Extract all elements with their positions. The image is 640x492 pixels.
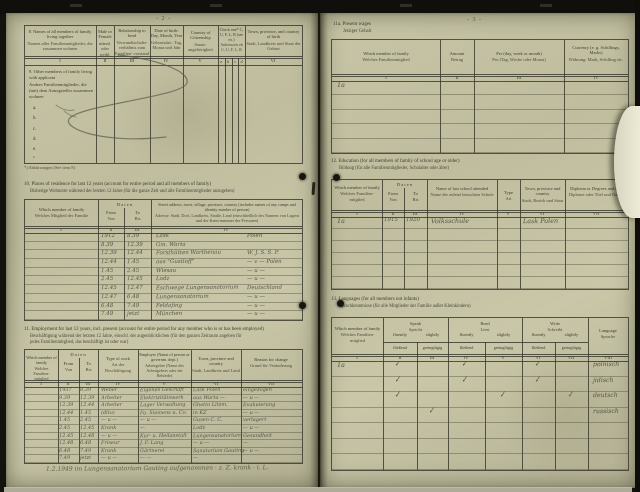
form-page-3: - 3 - 11a. Present wages Jetziger Gehalt… [320, 13, 637, 488]
column-header-work-type: Type of work Art der Beschäftigung [99, 356, 137, 373]
sub-row: f. [33, 147, 53, 157]
handwritten-date-from: 7.49 [59, 455, 70, 461]
residence-row: 12.44 1.45 aus "Gustloff" — v — Polen [25, 259, 302, 268]
page-gutter-shadow [310, 13, 328, 488]
employment-rows: 1937 8.39 Weber Eigenes Geschäft Lask Po… [25, 387, 302, 463]
roman-numeral: I [356, 211, 358, 216]
handwritten-date-from: 1915 [384, 217, 398, 223]
handwritten-date-to: jetzt [127, 311, 139, 317]
language-row: ✓ ✓ ✓ deutsch [332, 392, 628, 408]
handwritten-country: — u — [247, 294, 265, 300]
handwritten-date-to: 12.47 [127, 285, 143, 291]
handwritten-work-type: Krank [101, 425, 116, 431]
punch-hole [333, 174, 340, 181]
handwritten-country: — u — [247, 276, 265, 282]
roman-numeral: VII [593, 211, 599, 216]
column-header-employer: Employer (Name of person or governm. dep… [139, 352, 190, 378]
form-page-2: - 2 - 8. Names of all members of family … [6, 13, 318, 488]
language-rows: 1a ✓ ✓ ✓ polnisch ✓ ✓ ✓ jidisch [332, 361, 628, 470]
roman-numeral: I [59, 58, 61, 63]
stitch-mark [540, 4, 552, 7]
roman-numeral: II [109, 227, 112, 232]
education-table: Which member of family Welches Familien-… [331, 179, 629, 290]
read-fluently-label: fluently [448, 332, 485, 337]
residence-row: 6.48 7.49 Feldafing — u — [25, 303, 302, 312]
handwritten-reason: Gesundheit [243, 432, 272, 438]
handwritten-date-to: 2.45 [127, 268, 139, 274]
wage-row [332, 124, 628, 138]
handwritten-date-to: 8.39 [80, 387, 91, 393]
sub-row-letters: a. b. c. d. e. f. [33, 96, 53, 158]
handwritten-place: Forsthütten Warthenau [156, 250, 221, 257]
sub-row: a. [33, 96, 53, 106]
handwritten-date-from: 12.44 [59, 410, 73, 416]
handwritten-date-from: 7.49 [101, 311, 113, 317]
handwritten-place: Lungensanatorium [156, 294, 209, 301]
handwritten-language: russisch [593, 407, 619, 414]
handwritten-country: Deutschland [247, 285, 282, 291]
handwritten-place: München [156, 311, 182, 317]
handwritten-reason: — [243, 440, 248, 446]
read-fluent-de: fließend [448, 345, 485, 350]
handwritten-employer: J. F. Lang [140, 440, 163, 446]
language-row: ✓ ✓ ✓ jidisch [332, 377, 628, 393]
handwritten-place: Lodz [156, 276, 169, 282]
handwritten-date-from: 2.45 [101, 276, 113, 282]
section11-title-en: 11. Employment for last 12 years, incl. … [24, 327, 264, 332]
handwritten-employer: Eigenes Geschäft [140, 387, 184, 393]
residence-row: 12.45 12.47 Eschwege Lungensanatorium De… [25, 285, 302, 294]
section10-title-de: Bisherige Wohnorte während der letzten 1… [30, 189, 234, 194]
column-header-language: Language Sprache [590, 328, 626, 340]
handwritten-date-to: 1.45 [127, 259, 139, 265]
handwritten-country: W. J. S. S. P. [247, 250, 279, 256]
check-write-slightly: ✓ [566, 389, 575, 399]
column-header-check-one: Check one* C, U, F, L, R (see ex.) Ankre… [219, 28, 245, 53]
roman-numeral: V [198, 58, 201, 63]
column-header-to: To Bis [404, 191, 427, 203]
check-subcolumn-letter: c [234, 59, 236, 64]
education-row [332, 277, 628, 289]
roman-numeral: IV [460, 211, 465, 216]
handwritten-member: 1a [337, 361, 345, 369]
sub-row: b. [33, 106, 53, 116]
roman-numeral: II [391, 211, 394, 216]
handwritten-place: Lask [156, 233, 169, 239]
handwritten-employer: — u — [140, 417, 156, 423]
read-slightly-label: slightly [485, 332, 522, 337]
handwritten-date-from: 1937 [59, 387, 72, 393]
check-read-slightly: ✓ [498, 389, 507, 399]
residences-table: Which member of family Welches Mitglied … [24, 199, 303, 321]
handwritten-date-from: 1.45 [101, 268, 113, 274]
handwritten-reason: — u — [243, 395, 259, 401]
handwritten-town: Lask Polen [193, 387, 220, 393]
roman-numeral: II [66, 381, 69, 386]
roman-numeral: V [501, 355, 504, 360]
wage-rows: 1a [332, 81, 628, 153]
handwritten-language: deutsch [593, 392, 618, 399]
punch-hole [337, 300, 344, 307]
handwritten-town: Lask Polen [523, 217, 558, 225]
roman-numeral: III [130, 58, 135, 63]
sub-row: c. [33, 117, 53, 127]
handwritten-date-from: 12.39 [101, 250, 117, 256]
roman-numeral: III [430, 355, 435, 360]
column-header-town: Town, province and country Stadt, Landkr… [192, 356, 240, 373]
handwritten-work-type: — u — [101, 432, 117, 438]
language-row: ✓ russisch [332, 408, 628, 424]
column-header-address: Street address, town, village, province,… [155, 202, 299, 223]
handwritten-reason: eingezogen [243, 387, 272, 393]
group-header-write: Write Schreibt [522, 321, 588, 333]
employment-row: 1937 8.39 Weber Eigenes Geschäft Lask Po… [25, 387, 302, 395]
table9-footnote: *) Abkürzungen (See item 8) [24, 165, 75, 170]
wage-row [332, 139, 628, 153]
handwritten-place: Eschwege Lungensanatorium [156, 285, 239, 292]
handwritten-date-to: 6.48 [80, 440, 91, 446]
column-header-relationship: Relationship to head Verwandtschafts- ve… [115, 28, 150, 56]
stitch-mark [210, 4, 222, 7]
handwritten-work-type: Weber [101, 387, 117, 393]
check-subcolumn-letter: a [220, 59, 222, 64]
handwritten-date-from: 9.39 [59, 395, 70, 401]
employment-table: Which member of family Welches Familien-… [24, 349, 303, 464]
roman-numeral: IV [224, 227, 229, 232]
language-row [332, 454, 628, 470]
section11-title-de1: Beschäftigung während der letzten 12 Jah… [30, 334, 242, 339]
roman-numeral: VI [540, 211, 545, 216]
education-rows: 1a 1915 1920 Volksschule Lask Polen [332, 217, 628, 289]
wage-row [332, 110, 628, 124]
column-header-school: Name of last school attended Name der zu… [429, 186, 495, 198]
handwritten-country: Polen [247, 233, 262, 239]
employment-row: 7.49 jetzt — u — — — — [25, 455, 302, 463]
column-header-town: Town, province and country Stadt, Bezirk… [521, 186, 564, 203]
page-number: - 2 - [156, 16, 171, 22]
section12-title-de: Bildung (für alle Familienmitglieder, Sc… [339, 166, 449, 171]
handwritten-date-to: 12.44 [80, 402, 94, 408]
handwritten-place: Feldafing [156, 302, 182, 308]
handwritten-date-from: 12.44 [101, 259, 117, 265]
handwritten-town: — [193, 455, 198, 461]
education-row [332, 241, 628, 253]
roman-numeral: IV [116, 381, 121, 386]
roman-numeral: VI [271, 58, 276, 63]
handwritten-employer: Gärtnerei [140, 448, 165, 454]
handwritten-date-to: 7.49 [80, 448, 91, 454]
handwritten-school: Volksschule [431, 217, 469, 225]
section11a-title-en: 11a. Present wages [333, 22, 371, 27]
column-header-dates: D a t e n [98, 202, 151, 207]
employment-row: 12.48 6.48 Friseur J. F. Lang — u — — [25, 440, 302, 448]
handwritten-date-to: 12.45 [127, 276, 143, 282]
employment-row: 12.39 12.44 Arbeiter Lager Verwaltung Gh… [25, 402, 302, 410]
employment-row: 2.45 12.45 Krank — Lodz — u — [25, 425, 302, 433]
handwritten-work-type: Krank [101, 448, 116, 454]
speak-fluent-de: fließend [383, 345, 417, 350]
scan-edge [635, 0, 640, 492]
handwritten-date-to: 12.39 [127, 242, 143, 248]
handwritten-town: Gusen C. C. [193, 417, 223, 423]
handwritten-country: — u — [247, 311, 265, 317]
handwritten-town: Lodz [193, 425, 205, 431]
handwritten-date-from: 1.45 [59, 417, 70, 423]
handwritten-town: in KZ [193, 410, 207, 416]
stitch-mark [400, 4, 412, 7]
section12-title-en: 12. Education (for all members of family… [331, 159, 460, 164]
stitch-mark [70, 4, 82, 7]
handwritten-date-to: 6.48 [127, 294, 139, 300]
column-header-sex: Male or Female männl. oder weibl. [96, 29, 114, 57]
column-header-citizenship: Country of Citizenship Staats- angehörig… [184, 30, 218, 53]
check-subcolumn-letter: d [240, 59, 242, 64]
education-row [332, 253, 628, 265]
sub-row-letter: f. [33, 157, 36, 158]
roman-numeral: II [398, 355, 401, 360]
handwritten-date-to: 7.49 [127, 302, 139, 308]
handwritten-date-from: 6.48 [59, 448, 70, 454]
handwritten-place: Gm. Warta [156, 242, 186, 248]
section11a-title-de: Jetziger Gehalt [343, 29, 371, 34]
handwritten-town: Ghetto Litzm. [193, 402, 228, 408]
residence-rows: 1912 8.39 Lask Polen 8.39 12.39 Gm. Wart… [25, 233, 302, 320]
write-slightly-label: slightly [555, 332, 588, 337]
languages-table: Which member of family Welches Familien-… [331, 317, 629, 471]
speak-fluently-label: fluently [383, 332, 417, 337]
handwritten-date-from: 12.45 [101, 285, 117, 291]
write-fluently-label: fluently [522, 332, 555, 337]
column-header-birthplace: Town, province, and country of birth Sta… [246, 29, 301, 52]
column-header-member: Which member of family Welches Familien-… [334, 185, 380, 202]
wages-table: Which member of family Welches Familienm… [331, 39, 629, 154]
group-header-read: Read Liest [448, 321, 522, 333]
handwritten-member: 1a [337, 217, 345, 225]
check-read-fluently: ✓ [460, 361, 469, 369]
roman-numeral: III [135, 227, 140, 232]
check-subcolumn-letter: b [227, 59, 229, 64]
handwritten-employer: — [140, 425, 145, 431]
wage-row: 1a [332, 81, 628, 95]
handwritten-employer: Fa. Siemens u. Co. [140, 410, 187, 416]
roman-numeral: II [103, 58, 106, 63]
education-row [332, 265, 628, 277]
residence-row: 2.45 12.45 Lodz — u — [25, 276, 302, 285]
punch-hole [299, 302, 306, 309]
handwritten-reason: — u — [243, 425, 259, 431]
handwritten-date-to: jetzt [80, 455, 91, 461]
column-header-period: Per (day, week or month) Pro (Tag, Woche… [477, 51, 561, 63]
handwritten-date-from: 12.45 [59, 432, 73, 438]
column-header-dates: D a t e n [58, 352, 98, 357]
handwritten-date-from: 6.48 [101, 302, 113, 308]
handwritten-work-type: Arbeiter [101, 402, 122, 408]
handwritten-work-type: Arbeiter [101, 394, 122, 400]
handwritten-date-from: 12.48 [59, 440, 73, 446]
handwritten-work-type: (dito) [101, 410, 115, 416]
handwritten-date-from: 12.39 [59, 402, 73, 408]
bottom-page-edge [4, 487, 632, 492]
handwritten-date-to: 12.44 [127, 250, 143, 256]
family-members-table: 8. Names of all members of family living… [24, 25, 303, 164]
roman-numeral: VI [214, 381, 219, 386]
language-row [332, 423, 628, 439]
handwritten-date-to: 2.45 [80, 417, 91, 423]
column-header-currency: Currency (e. g. Schillings, Marks) Währu… [566, 45, 626, 62]
column-header-names: 8. Names of all members of family living… [27, 29, 93, 52]
handwritten-member: 1a [337, 81, 345, 89]
handwritten-date-to: 1.45 [80, 410, 91, 416]
handwritten-employer: — — [140, 455, 152, 461]
roman-numeral: III [86, 381, 91, 386]
column-header-dates: D a t e n [382, 182, 427, 187]
handwritten-date-from: 1912 [101, 233, 115, 239]
handwritten-reason: — u — [243, 448, 259, 454]
roman-numeral: IV [594, 75, 599, 80]
wage-row [332, 95, 628, 109]
top-binding-band [0, 0, 640, 14]
column-header-amount: Amount Betrag [440, 51, 474, 63]
residence-row: 7.49 jetzt München — u — [25, 311, 302, 320]
handwritten-date-from: 12.47 [101, 294, 117, 300]
language-row [332, 439, 628, 455]
section10-title-en: 10. Places of residence for last 12 year… [24, 182, 211, 187]
handwritten-town: Sanatorium Gauting [193, 447, 244, 454]
roman-numeral: I [385, 75, 387, 80]
roman-numeral: V [162, 381, 165, 386]
punch-hole [299, 173, 306, 180]
column-header-birthdate: Date of birth: Day, Month, Year Geburtsd… [151, 28, 183, 51]
handwritten-reason: verlagert [243, 417, 266, 423]
handwritten-town: aus Warta — [193, 394, 225, 400]
check-speak-fluently: ✓ [393, 361, 402, 369]
read-slight-de: geringfügig [485, 345, 522, 350]
column-header-member: Which member of family Welches Mitglied … [27, 207, 96, 219]
handwritten-date-from: 8.39 [101, 242, 113, 248]
residence-row: 12.47 6.48 Lungensanatorium — u — [25, 294, 302, 303]
handwritten-country: — v — Polen [247, 259, 282, 265]
column-header-to: To Bis [79, 361, 98, 373]
handwritten-employer: Kur- u. Heilanstalt [140, 432, 187, 438]
section13-title-de: Sprachkenntnisse (für alle Mitglieder de… [339, 304, 471, 309]
section13-title-en: 13. Languages (for all members not infan… [331, 297, 419, 302]
handwritten-date-to: 12.39 [80, 395, 94, 401]
handwritten-bottom-note: 1.2.1949 im Lungensanatorium Gauting auf… [46, 464, 269, 473]
handwritten-work-type: — u — [101, 455, 117, 461]
handwritten-country: — u — [247, 268, 265, 274]
residence-row: 1912 8.39 Lask Polen [25, 233, 302, 242]
handwritten-town: — u — [193, 440, 209, 446]
handwritten-employer: Lager Verwaltung [140, 402, 186, 408]
write-fluent-de: fließend [522, 345, 555, 350]
handwritten-employer: Elektrizitätswerk [140, 394, 184, 400]
handwritten-date-from: 2.45 [59, 425, 70, 431]
scanned-form-spread: - 2 - 8. Names of all members of family … [0, 0, 640, 492]
handwritten-date-to: 12.45 [80, 425, 94, 431]
roman-numeral: III [413, 211, 418, 216]
education-row [332, 229, 628, 241]
handwritten-work-type: — u — [101, 417, 117, 423]
roman-numeral: III [517, 75, 522, 80]
column-header-from: From Von [58, 361, 79, 373]
handwritten-language: polnisch [593, 361, 619, 368]
column-header-type: Type Art [497, 190, 520, 202]
education-row: 1a 1915 1920 Volksschule Lask Polen [332, 217, 628, 229]
handwritten-date-to: 12.48 [80, 432, 94, 438]
sub-row: e. [33, 137, 53, 147]
speak-slightly-label: slightly [417, 332, 448, 337]
column-header-from: From Von [98, 210, 124, 222]
handwritten-work-type: Friseur [101, 440, 120, 446]
column-header-member: Which member of family Welches Familien-… [26, 355, 57, 381]
column-header-reason: Reason for change Grund für Veränderung [242, 357, 300, 369]
roman-numeral: I [60, 227, 62, 232]
roman-numeral: VII [568, 355, 574, 360]
column-header-member: Which member of family Welches Familienm… [336, 51, 436, 63]
sub-row: d. [33, 127, 53, 137]
roman-numeral: V [506, 211, 509, 216]
column-header-member: Which member of family Welches Familien-… [334, 326, 381, 343]
section11-title-de2: jedes Familienmitglied, das beschäftigt … [30, 340, 128, 345]
handwritten-country: — u — [247, 302, 265, 308]
handwritten-date-to: 8.39 [127, 233, 139, 239]
page-number: - 3 - [467, 17, 482, 23]
handwritten-place: aus "Gustloff" [156, 259, 194, 265]
column-header-from: From Von [382, 191, 404, 203]
handwritten-town: Lungensanatorium [193, 432, 241, 439]
handwritten-date-to: 1920 [406, 217, 420, 223]
column-header-to: To Bis [124, 210, 151, 222]
handwritten-reason: — u — [243, 410, 259, 416]
roman-numeral: I [356, 355, 358, 360]
roman-numeral: IV [164, 58, 169, 63]
handwritten-place: Wiesau [156, 268, 176, 274]
roman-numeral: VIII [604, 355, 612, 360]
roman-numeral: IV [464, 355, 469, 360]
check-write-fluently: ✓ [533, 361, 542, 369]
roman-numeral: VII [268, 381, 274, 386]
roman-numeral: II [455, 75, 458, 80]
roman-numeral: I [40, 381, 42, 386]
employment-row: 1.45 2.45 — u — — u — Gusen C. C. verlag… [25, 417, 302, 425]
residence-row: 12.39 12.44 Forsthütten Warthenau W. J. … [25, 250, 302, 259]
check-speak-fluently: ✓ [393, 389, 402, 399]
group-header-speak: Speak Spricht [383, 321, 448, 333]
handwritten-reason: Evakuierung [243, 402, 275, 408]
language-row: 1a ✓ ✓ ✓ polnisch [332, 361, 628, 377]
roman-numeral: VI [536, 355, 541, 360]
write-slight-de: geringfügig [555, 345, 588, 350]
handwritten-language: jidisch [593, 376, 614, 383]
speak-slight-de: geringfügig [417, 345, 448, 350]
